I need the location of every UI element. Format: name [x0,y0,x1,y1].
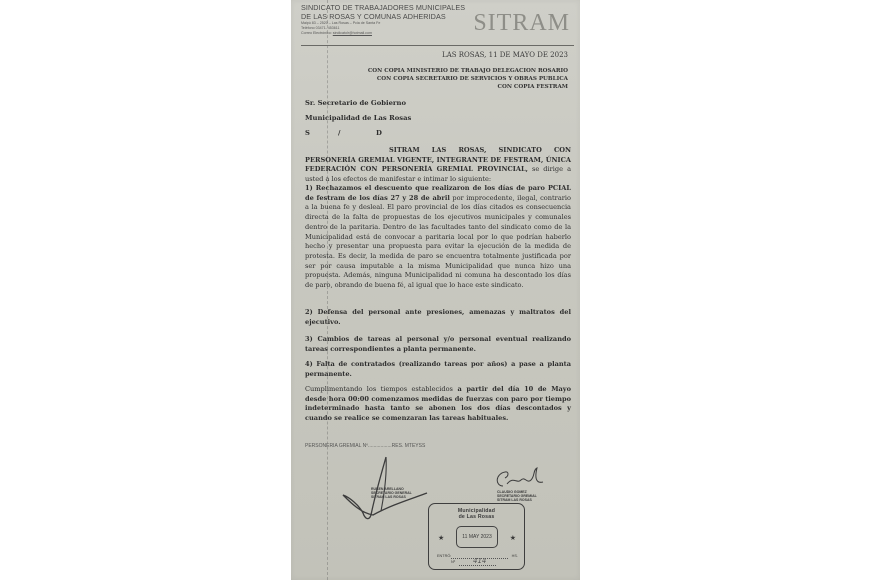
sitram-logo: SITRAM [473,10,570,37]
point-4-bold: 4) Falta de contratados (realizando tare… [305,360,571,378]
left-signature-stamp: RUBEN ARELLANO SECRETARIO GENERAL SITRAM… [371,487,412,499]
star-icon: ★ [438,534,444,542]
point-4: 4) Falta de contratados (realizando tare… [305,360,571,379]
sd-d: D [376,129,382,137]
copy-line: CON COPIA FESTRAM [368,83,568,91]
org-email: Correo Electrónico: sindicatolr@hotmail.… [301,31,481,36]
org-name-line1: SINDICATO DE TRABAJADORES MUNICIPALES [301,3,481,12]
stamp-entro-label: ENTRÓ: [437,554,451,558]
point-1-rest: por improcedente, ilegal, contrario a la… [305,194,571,289]
reception-stamp: Municipalidad de Las Rosas ★ 11 MAY 2023… [428,503,525,570]
copy-recipients: CON COPIA MINISTERIO DE TRABAJO DELEGACI… [368,67,568,91]
point-2-bold: 2) Defensa del personal ante presiones, … [305,308,571,326]
email-label: Correo Electrónico: [301,31,332,35]
email-address: sindicatolr@hotmail.com [333,31,372,35]
stamp-title: Municipalidad de Las Rosas [429,508,524,520]
point-3-bold: 3) Cambios de tareas al personal y/o per… [305,335,571,353]
addressee-org: Municipalidad de Las Rosas [305,114,411,122]
copy-line: CON COPIA MINISTERIO DE TRABAJO DELEGACI… [368,67,568,75]
stamp-number: 414 [473,557,486,565]
closing-lead: Cumplimentando los tiempos establecidos [305,385,453,393]
letterhead: SINDICATO DE TRABAJADORES MUNICIPALES DE… [301,3,481,36]
stamp-number-label: Nº [451,560,455,564]
point-2: 2) Defensa del personal ante presiones, … [305,308,571,327]
org-name-line2: DE LAS ROSAS Y COMUNAS ADHERIDAS [301,12,481,21]
star-icon: ★ [510,534,516,542]
stamp-hs-label: HS. [512,554,518,558]
stamp-date: 11 MAY 2023 [456,526,498,548]
closing-paragraph: Cumplimentando los tiempos establecidos … [305,385,571,424]
addressee-title: Sr. Secretario de Gobierno [305,99,406,107]
sd-slash: / [338,129,340,137]
sd-s: S [305,129,310,137]
copy-line: CON COPIA SECRETARIO DE SERVICIOS Y OBRA… [368,75,568,83]
letter-date: LAS ROSAS, 11 DE MAYO DE 2023 [442,51,568,59]
point-1: 1) Rechazamos el descuento que realizaro… [305,184,571,291]
intro-paragraph: SITRAM LAS ROSAS, SINDICATO CON PERSONER… [305,146,571,185]
point-3: 3) Cambios de tareas al personal y/o per… [305,335,571,354]
personeria-line: PERSONERIA GREMIAL Nº.................RE… [305,443,425,449]
header-divider [301,45,574,46]
scanned-letter: SINDICATO DE TRABAJADORES MUNICIPALES DE… [291,0,580,580]
right-signature-stamp: CLAUDIO GOMEZ SECRETARIO GREMIAL SITRAM … [497,490,537,502]
